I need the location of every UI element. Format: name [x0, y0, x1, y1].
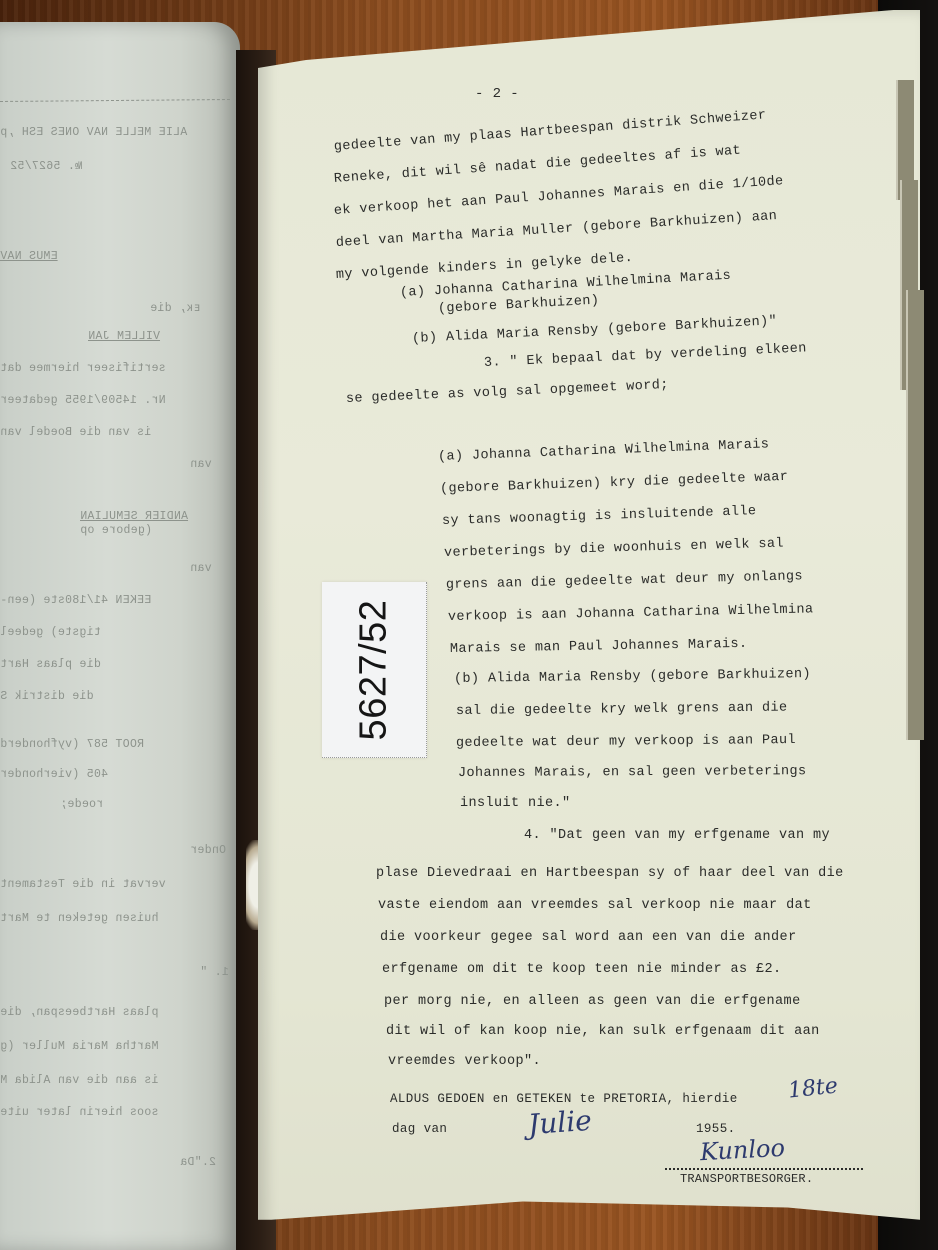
ghost-line: 405 (vierhonder [0, 768, 108, 781]
body-line: gedeelte wat deur my verkoop is aan Paul [456, 733, 796, 751]
ghost-line: Martha Maria Muller (g [0, 1040, 158, 1053]
ghost-line: die distrik S [0, 690, 94, 703]
ghost-line: (gebore op [80, 524, 152, 537]
ghost-line: roede; [60, 798, 103, 811]
signatory-title: TRANSPORTBESORGER. [680, 1172, 813, 1186]
ghost-line: vervat in die Testament [0, 878, 166, 891]
body-line: insluit nie." [460, 796, 571, 811]
body-line: per morg nie, en alleen as geen van die … [384, 994, 801, 1009]
closing-line: ALDUS GEDOEN en GETEKEN te PRETORIA, hie… [390, 1092, 738, 1106]
ghost-line: sertifiseer hiermee dat [0, 362, 166, 375]
ghost-line: Nr. 14509/1955 gedateer [0, 394, 166, 407]
ghost-line: Onder [190, 844, 226, 857]
left-page-bleed-through: ALIE MELLE NAV ONES ESH ,p №. 5627/52 EM… [0, 22, 240, 1250]
ghost-line: EMUS NAV [0, 250, 58, 263]
ghost-line: is aan die van Alida M [0, 1074, 158, 1087]
ghost-line: van [190, 562, 212, 575]
ghost-line: VILLEM JAN [88, 330, 160, 343]
file-number: 5627/52 [353, 599, 396, 740]
ghost-line: van [190, 458, 212, 471]
body-line: plase Dievedraai en Hartbeespan sy of ha… [376, 866, 844, 881]
ghost-line: №. 5627/52 [10, 160, 82, 173]
file-number-label: 5627/52 [322, 582, 427, 758]
ghost-line: 2."Da [180, 1156, 216, 1169]
body-line: dit wil of kan koop nie, kan sulk erfgen… [386, 1024, 820, 1039]
ghost-line: soos hierin later uite [0, 1106, 158, 1119]
stacked-page-edges [896, 40, 920, 940]
body-line: erfgename om dit te koop teen nie minder… [382, 962, 782, 977]
ghost-line: huisen geteken te Mart [0, 912, 158, 925]
signature-dotted-line [665, 1168, 863, 1170]
ghost-line: die plaas Hart [0, 658, 101, 671]
closing-date-prefix: dag van [392, 1122, 447, 1136]
ghost-line: plaas Hartbeespan, die [0, 1006, 158, 1019]
ghost-line: EEKEN 41/180ste (een- [0, 594, 151, 607]
dashed-divider [0, 99, 230, 102]
page-number: - 2 - [475, 86, 519, 102]
handwritten-day: 18te [787, 1073, 839, 1103]
ghost-line: ANDIER SEMULIAN [80, 510, 188, 523]
body-line: die voorkeur gegee sal word aan een van … [380, 930, 797, 945]
ghost-line: ROOT 587 (vyfhonderd [0, 738, 144, 751]
ghost-line: 1. " [200, 966, 229, 979]
section-4-heading: 4. "Dat geen van my erfgename van my [524, 828, 830, 843]
body-line: vaste eiendom aan vreemdes sal verkoop n… [378, 898, 812, 913]
body-line: Johannes Marais, en sal geen verbetering… [458, 764, 807, 781]
ghost-line: tigste) gedeel [0, 626, 101, 639]
ghost-line: ᴇᴋ, die [150, 302, 200, 315]
ghost-line: ALIE MELLE NAV ONES ESH ,p [0, 126, 187, 139]
handwritten-month: Julie [527, 1104, 593, 1141]
ghost-line: is van die Boedel van [0, 426, 151, 439]
body-line: vreemdes verkoop". [388, 1054, 541, 1069]
signature: Kunloo [699, 1134, 785, 1166]
closing-year: 1955. [696, 1122, 736, 1136]
